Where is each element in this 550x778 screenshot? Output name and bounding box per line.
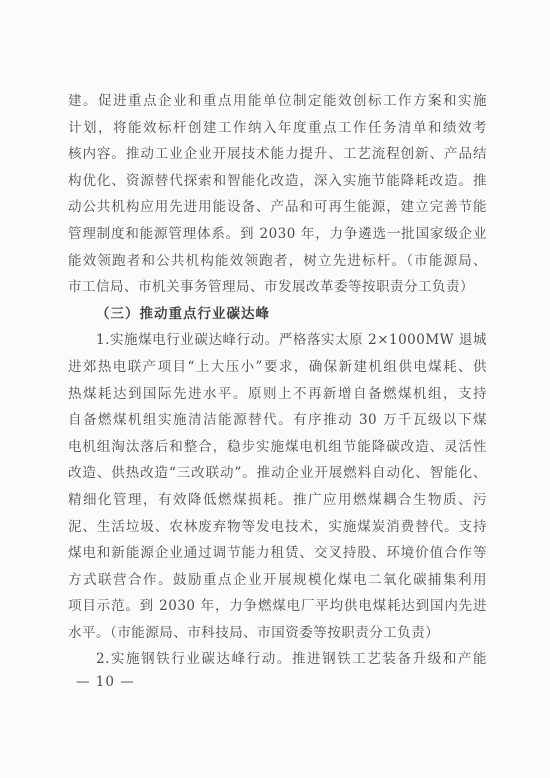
text-line: 煤电和新能源企业通过调节能力租赁、交叉持股、环境价值合作等 (68, 540, 487, 567)
text-line: 进郊热电联产项目“上大压小”要求，确保新建机组供电煤耗、供 (68, 354, 487, 381)
text-line: 泥、生活垃圾、农林废弃物等发电技术，实施煤炭消费替代。支持 (68, 514, 487, 541)
text-line: 精细化管理，有效降低燃煤损耗。推广应用燃煤耦合生物质、污 (68, 487, 487, 514)
text-line: 管理制度和能源管理体系。到 2030 年，力争遴选一批国家级企业 (68, 221, 487, 248)
page-number: — 10 — (76, 672, 135, 692)
text-line: 构优化、资源替代探索和智能化改造，深入实施节能降耗改造。推 (68, 168, 487, 195)
text-line: 水平。（市能源局、市科技局、市国资委等按职责分工负责） (68, 620, 487, 647)
text-line: 方式联营合作。鼓励重点企业开展规模化煤电二氧化碳捕集利用 (68, 567, 487, 594)
text-line: 电机组淘汰落后和整合，稳步实施煤电机组节能降碳改造、灵活性 (68, 434, 487, 461)
text-line: 2.实施钢铁行业碳达峰行动。推进钢铁工艺装备升级和产能 (68, 646, 487, 673)
text-line: 核内容。推动工业企业开展技术能力提升、工艺流程创新、产品结 (68, 141, 487, 168)
text-line: 热煤耗达到国际先进水平。原则上不再新增自备燃煤机组，支持 (68, 381, 487, 408)
text-line: 建。促进重点企业和重点用能单位制定能效创标工作方案和实施 (68, 88, 487, 115)
text-line: 市工信局、市机关事务管理局、市发展改革委等按职责分工负责） (68, 274, 487, 301)
text-line: 动公共机构应用先进用能设备、产品和可再生能源，建立完善节能 (68, 194, 487, 221)
text-line: 能效领跑者和公共机构能效领跑者，树立先进标杆。（市能源局、 (68, 248, 487, 275)
text-line: 计划，将能效标杆创建工作纳入年度重点工作任务清单和绩效考 (68, 115, 487, 142)
text-line: 改造、供热改造“三改联动”。推动企业开展燃料自动化、智能化、 (68, 460, 487, 487)
text-line: 1.实施煤电行业碳达峰行动。严格落实太原 2×1000MW 退城 (68, 327, 487, 354)
text-line: 自备燃煤机组实施清洁能源替代。有序推动 30 万千瓦级以下煤 (68, 407, 487, 434)
paragraph-steel: 2.实施钢铁行业碳达峰行动。推进钢铁工艺装备升级和产能 (68, 646, 487, 673)
section-heading: （三）推动重点行业碳达峰 (68, 301, 487, 328)
paragraph-energy-efficiency: 建。促进重点企业和重点用能单位制定能效创标工作方案和实施 计划，将能效标杆创建工… (68, 88, 487, 301)
document-page: 建。促进重点企业和重点用能单位制定能效创标工作方案和实施 计划，将能效标杆创建工… (0, 0, 550, 778)
paragraph-coal-power: 1.实施煤电行业碳达峰行动。严格落实太原 2×1000MW 退城 进郊热电联产项… (68, 327, 487, 646)
text-line: 项目示范。到 2030 年，力争燃煤电厂平均供电煤耗达到国内先进 (68, 593, 487, 620)
page-body: 建。促进重点企业和重点用能单位制定能效创标工作方案和实施 计划，将能效标杆创建工… (68, 88, 487, 673)
